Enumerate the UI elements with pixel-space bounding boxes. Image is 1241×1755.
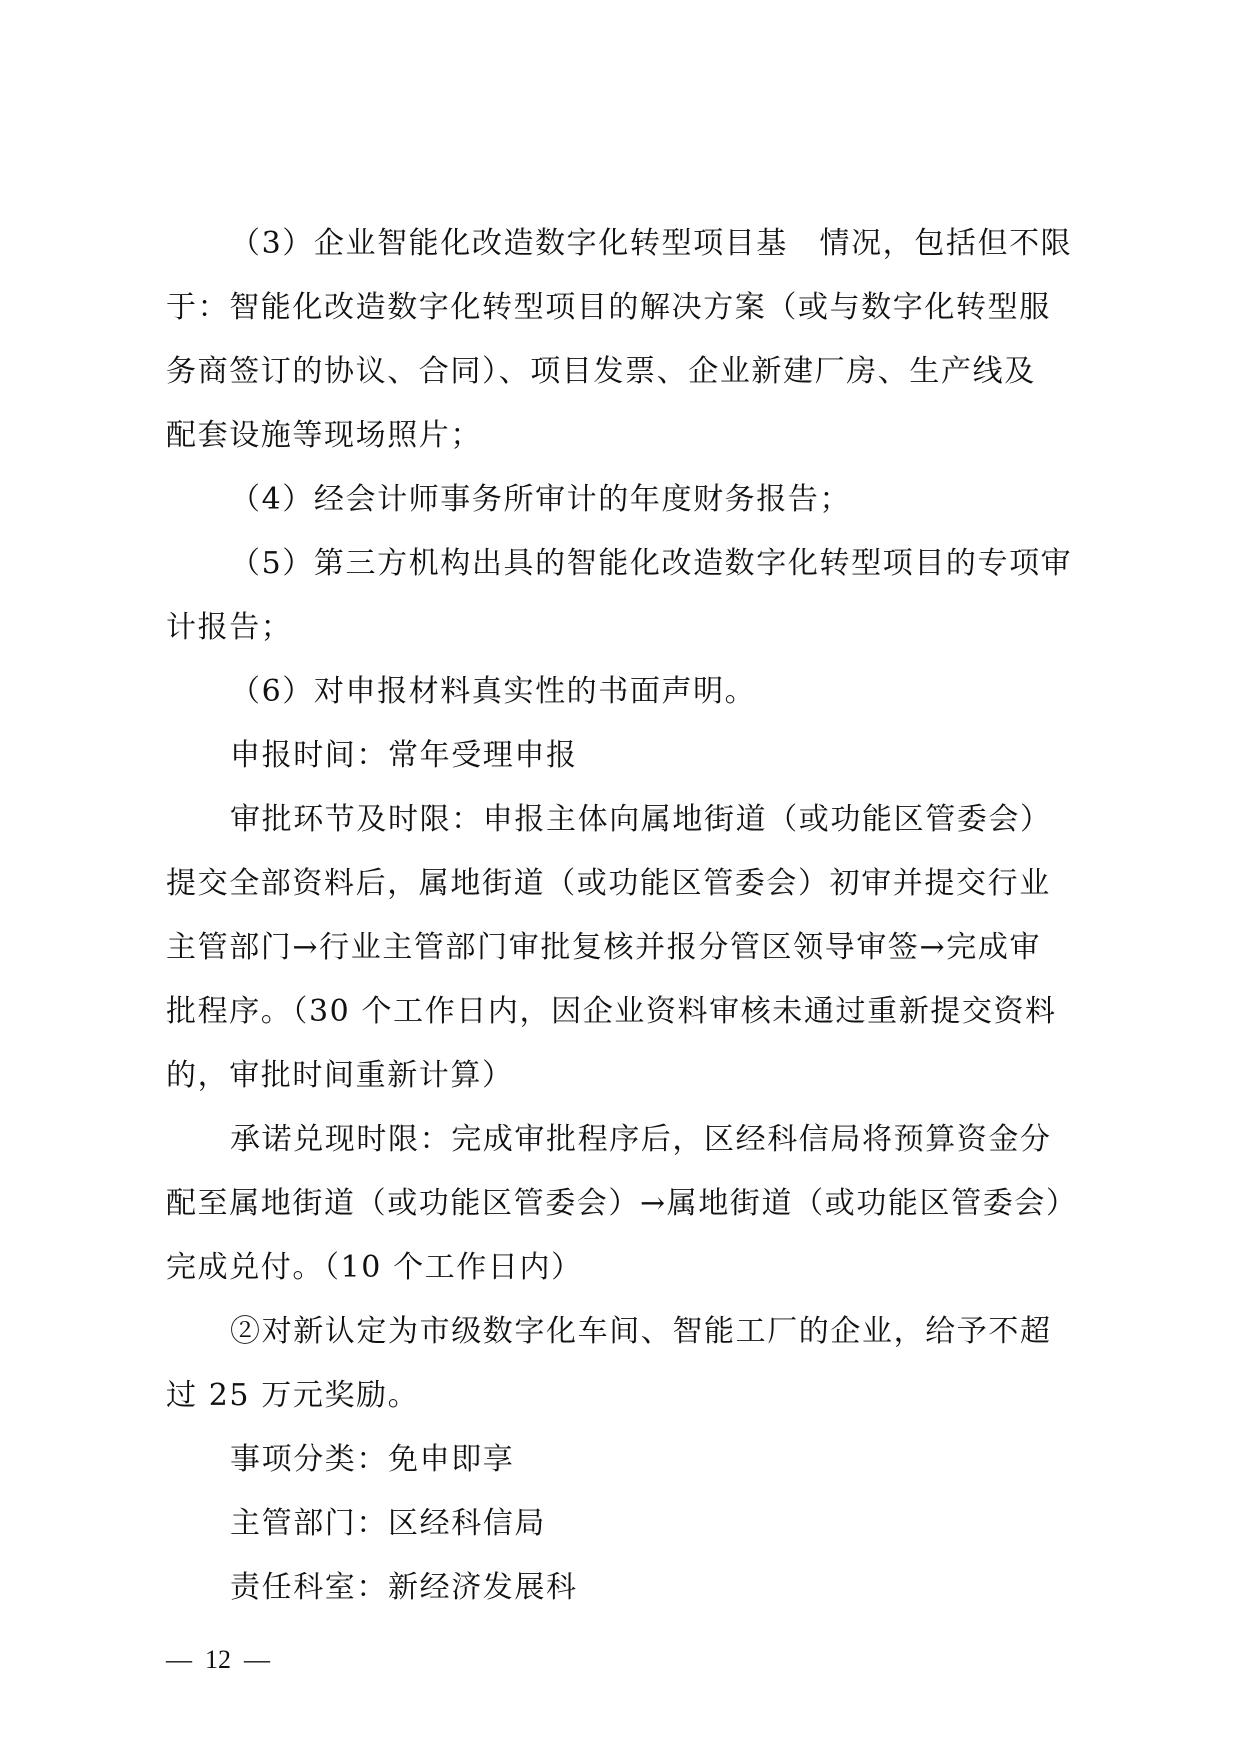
item-5-line-1: （5）第三方机构出具的智能化改造数字化转型项目的专项审 xyxy=(230,532,1150,596)
document-page: （3）企业智能化改造数字化转型项目基 情况，包括但不限 于：智能化改造数字化转型… xyxy=(0,0,1241,1755)
fulfillment-time-line-3: 完成兑付。（10 个工作日内） xyxy=(166,1236,1086,1300)
approval-process-line-5: 的，审批时间重新计算） xyxy=(166,1044,1086,1108)
page-number: — 12 — xyxy=(166,1640,270,1680)
reward-item-2-line-2: 过 25 万元奖励。 xyxy=(166,1364,1086,1428)
approval-process-line-2: 提交全部资料后，属地街道（或功能区管委会）初审并提交行业 xyxy=(166,852,1086,916)
fulfillment-time-line-1: 承诺兑现时限：完成审批程序后，区经科信局将预算资金分 xyxy=(230,1108,1150,1172)
item-3-line-1: （3）企业智能化改造数字化转型项目基 情况，包括但不限 xyxy=(230,212,1150,276)
reward-item-2-line-1: ②对新认定为市级数字化车间、智能工厂的企业，给予不超 xyxy=(230,1300,1150,1364)
application-time: 申报时间：常年受理申报 xyxy=(230,724,1150,788)
responsible-section: 责任科室：新经济发展科 xyxy=(230,1556,1150,1620)
approval-process-line-1: 审批环节及时限：申报主体向属地街道（或功能区管委会） xyxy=(230,788,1150,852)
item-6-line: （6）对申报材料真实性的书面声明。 xyxy=(230,660,1150,724)
fulfillment-time-line-2: 配至属地街道（或功能区管委会）→属地街道（或功能区管委会） xyxy=(166,1172,1086,1236)
item-3-line-4: 配套设施等现场照片； xyxy=(166,404,1086,468)
item-category: 事项分类：免申即享 xyxy=(230,1428,1150,1492)
item-5-line-2: 计报告； xyxy=(166,596,1086,660)
item-4-line: （4）经会计师事务所审计的年度财务报告； xyxy=(230,468,1150,532)
item-3-line-2: 于：智能化改造数字化转型项目的解决方案（或与数字化转型服 xyxy=(166,276,1086,340)
item-3-line-3: 务商签订的协议、合同）、项目发票、企业新建厂房、生产线及 xyxy=(166,340,1086,404)
competent-department: 主管部门：区经科信局 xyxy=(230,1492,1150,1556)
approval-process-line-3: 主管部门→行业主管部门审批复核并报分管区领导审签→完成审 xyxy=(166,916,1086,980)
approval-process-line-4: 批程序。（30 个工作日内，因企业资料审核未通过重新提交资料 xyxy=(166,980,1086,1044)
